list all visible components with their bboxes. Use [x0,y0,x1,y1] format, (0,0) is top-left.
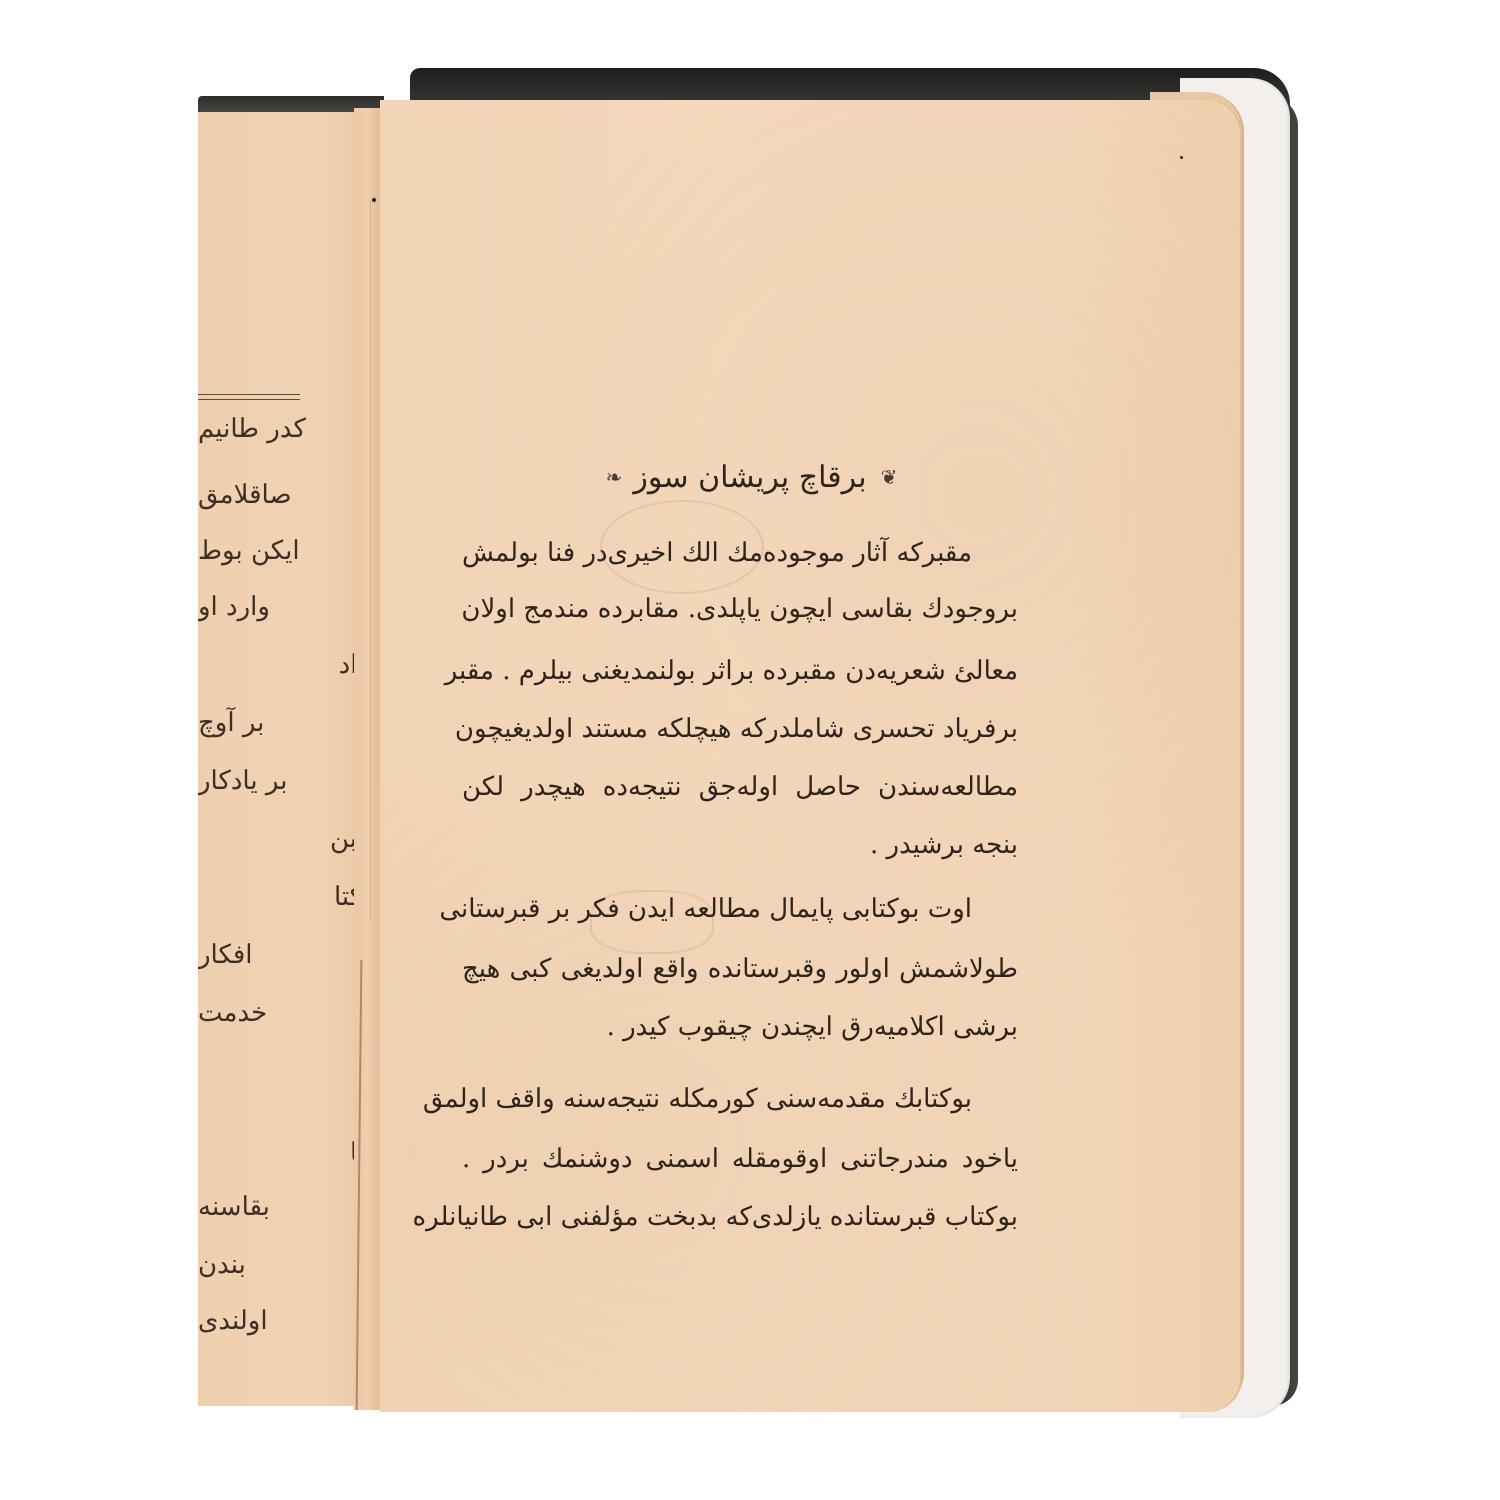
text-line: برفرياد تحسرى شاملدركه هيچلكه مستند اولد… [462,716,1018,742]
left-line: ايكن بوط [198,538,370,564]
text-line: مقبركه آثار موجوده‌مك الك اخيرى‌در فنا ب… [462,540,972,566]
text-line: معالئ شعريه‌دن مقبرده براثر بولنمديغنى ب… [462,658,1018,684]
ornament-icon: ❧ [606,465,620,489]
text-line: بوكتاب قبرستانده يازلدى‌كه بدبخت مؤلفنى … [462,1204,1018,1230]
left-line: صاقلامق [198,482,370,508]
page-speck [372,198,376,202]
page-speck [1180,156,1183,159]
chapter-title: ❧ برقاچ پريشان سوز ❦ [584,452,916,502]
left-line: خدمت [198,1000,370,1026]
left-line: اولندى [198,1308,370,1334]
left-line: افكار [198,942,370,968]
header-rule [198,394,300,400]
text-line: برشى اكلاميه‌رق ايچندن چيقوب كيدر . [462,1014,1018,1040]
text-line: بنجه برشيدر . [462,832,1018,858]
left-page: كدر طانيم صاقلامق ايكن بوط وارد او واد ب… [198,112,370,1406]
left-line: بر آوچ [198,710,370,736]
left-line: بقاسنه [198,1194,370,1220]
text-line: بروجودك بقاسى ايچون ياپلدى. مقابرده مندم… [462,596,1018,622]
text-line: مطالعه‌سندن حاصل اوله‌جق نتيجه‌ده هيچدر … [462,774,1018,800]
chapter-title-text: برقاچ پريشان سوز [633,460,866,495]
left-line: بندن [198,1252,370,1278]
text-line: ياخود مندرجاتنى اوقومقله اسمنى دوشنمك بر… [462,1146,1018,1172]
left-line: وارد او [198,594,370,620]
left-line: كدر طانيم [198,416,370,442]
text-line: طولاشمش اولور وقبرستانده واقع اولديغى كب… [462,956,1018,982]
gutter-crease-upper [370,200,371,920]
ornament-icon: ❦ [881,465,895,489]
left-line: بر يادكار [198,768,370,794]
text-line: اوت بوكتابى پايمال مطالعه ايدن فكر بر قب… [462,896,972,922]
text-line: بوكتابك مقدمه‌سنى كورمكله نتيجه‌سنه واقف… [462,1086,972,1112]
